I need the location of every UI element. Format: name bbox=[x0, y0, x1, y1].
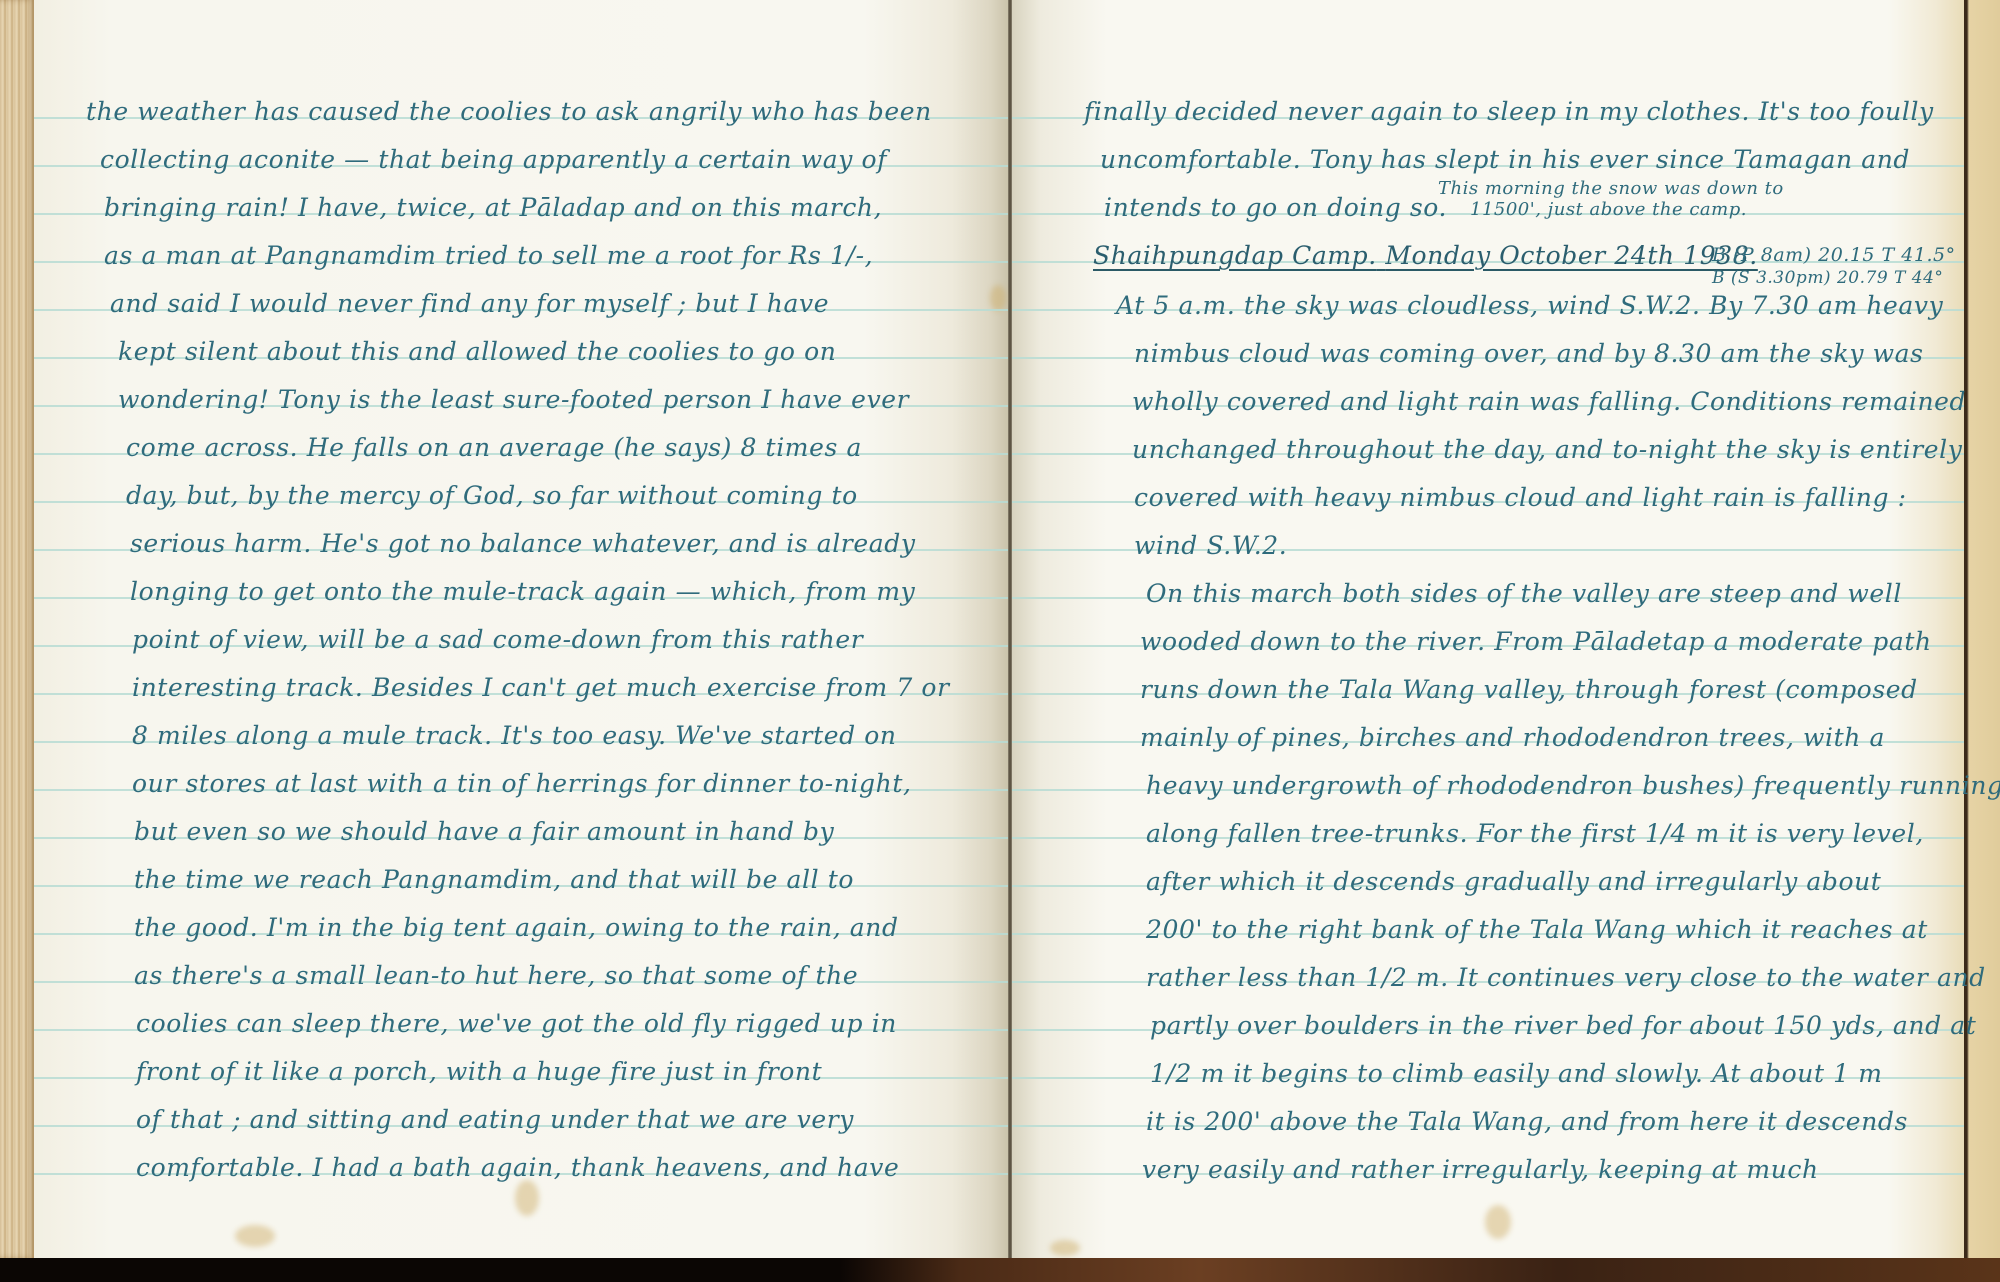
weather-reading: B (S 3.30pm) 20.79 T 44° bbox=[1712, 268, 1943, 288]
text-line: and said I would never find any for myse… bbox=[110, 289, 829, 319]
text-line: 1/2 m it begins to climb easily and slow… bbox=[1150, 1059, 1883, 1089]
weather-reading: B (P 8am) 20.15 T 41.5° bbox=[1712, 244, 1956, 266]
entry-heading: Shaihpungdap Camp. Monday October 24th 1… bbox=[1093, 241, 1758, 271]
text-line: runs down the Tala Wang valley, through … bbox=[1140, 675, 1918, 705]
text-line: heavy undergrowth of rhododendron bushes… bbox=[1146, 771, 2000, 801]
text-line: day, but, by the mercy of God, so far wi… bbox=[126, 481, 858, 511]
text-line: of that ; and sitting and eating under t… bbox=[136, 1105, 854, 1135]
stain bbox=[1050, 1240, 1080, 1256]
heading-place: Shaihpungdap Camp. bbox=[1093, 241, 1377, 270]
text-line: finally decided never again to sleep in … bbox=[1084, 97, 1934, 127]
text-line: serious harm. He's got no balance whatev… bbox=[130, 529, 916, 559]
text-line: uncomfortable. Tony has slept in his eve… bbox=[1100, 145, 1910, 175]
text-line: wooded down to the river. From Pāladetap… bbox=[1140, 627, 1932, 657]
stain bbox=[235, 1225, 275, 1247]
text-line: longing to get onto the mule-track again… bbox=[130, 577, 915, 607]
text-line: 8 miles along a mule track. It's too eas… bbox=[132, 721, 897, 751]
text-line: unchanged throughout the day, and to-nig… bbox=[1132, 435, 1962, 465]
stain bbox=[1485, 1205, 1511, 1239]
text-line: wholly covered and light rain was fallin… bbox=[1132, 387, 1966, 417]
text-line: bringing rain! I have, twice, at Pāladap… bbox=[104, 193, 882, 223]
text-line: the weather has caused the coolies to as… bbox=[86, 97, 932, 127]
text-line: front of it like a porch, with a huge fi… bbox=[136, 1057, 822, 1087]
text-line: On this march both sides of the valley a… bbox=[1146, 579, 1902, 609]
text-line: interesting track. Besides I can't get m… bbox=[132, 673, 950, 703]
text-line: wondering! Tony is the least sure-footed… bbox=[118, 385, 909, 415]
marginal-note-line: 11500', just above the camp. bbox=[1470, 199, 1747, 220]
text-line: as a man at Pangnamdim tried to sell me … bbox=[104, 241, 873, 271]
text-line: but even so we should have a fair amount… bbox=[134, 817, 834, 847]
text-line: our stores at last with a tin of herring… bbox=[132, 769, 912, 799]
text-line: coolies can sleep there, we've got the o… bbox=[136, 1009, 897, 1039]
text-line: collecting aconite — that being apparent… bbox=[100, 145, 887, 175]
background-surface bbox=[0, 1258, 2000, 1282]
text-line: it is 200' above the Tala Wang, and from… bbox=[1146, 1107, 1908, 1137]
text-line: mainly of pines, birches and rhododendro… bbox=[1140, 723, 1885, 753]
text-line: after which it descends gradually and ir… bbox=[1146, 867, 1881, 897]
heading-date: Monday October 24th 1938. bbox=[1385, 241, 1758, 270]
text-line: intends to go on doing so. bbox=[1104, 193, 1447, 223]
text-line: point of view, will be a sad come-down f… bbox=[132, 625, 863, 655]
marginal-note-line: This morning the snow was down to bbox=[1438, 178, 1784, 199]
text-line: 200' to the right bank of the Tala Wang … bbox=[1146, 915, 1928, 945]
text-line: the good. I'm in the big tent again, owi… bbox=[134, 913, 899, 943]
text-line: very easily and rather irregularly, keep… bbox=[1142, 1155, 1819, 1185]
text-line: the time we reach Pangnamdim, and that w… bbox=[134, 865, 854, 895]
text-line: nimbus cloud was coming over, and by 8.3… bbox=[1134, 339, 1924, 369]
text-line: comfortable. I had a bath again, thank h… bbox=[136, 1153, 899, 1183]
text-line: along fallen tree-trunks. For the first … bbox=[1146, 819, 1924, 849]
text-line: partly over boulders in the river bed fo… bbox=[1150, 1011, 1976, 1041]
text-line: as there's a small lean-to hut here, so … bbox=[134, 961, 858, 991]
stain bbox=[515, 1180, 539, 1216]
text-line: covered with heavy nimbus cloud and ligh… bbox=[1134, 483, 1907, 513]
text-line: come across. He falls on an average (he … bbox=[126, 433, 862, 463]
text-line: rather less than 1/2 m. It continues ver… bbox=[1146, 963, 1986, 993]
left-page-edges bbox=[0, 0, 34, 1258]
stain bbox=[990, 285, 1006, 311]
text-line: wind S.W.2. bbox=[1134, 531, 1287, 561]
text-line: kept silent about this and allowed the c… bbox=[118, 337, 836, 367]
text-line: At 5 a.m. the sky was cloudless, wind S.… bbox=[1116, 291, 1943, 321]
right-page-edges bbox=[1964, 0, 2000, 1258]
